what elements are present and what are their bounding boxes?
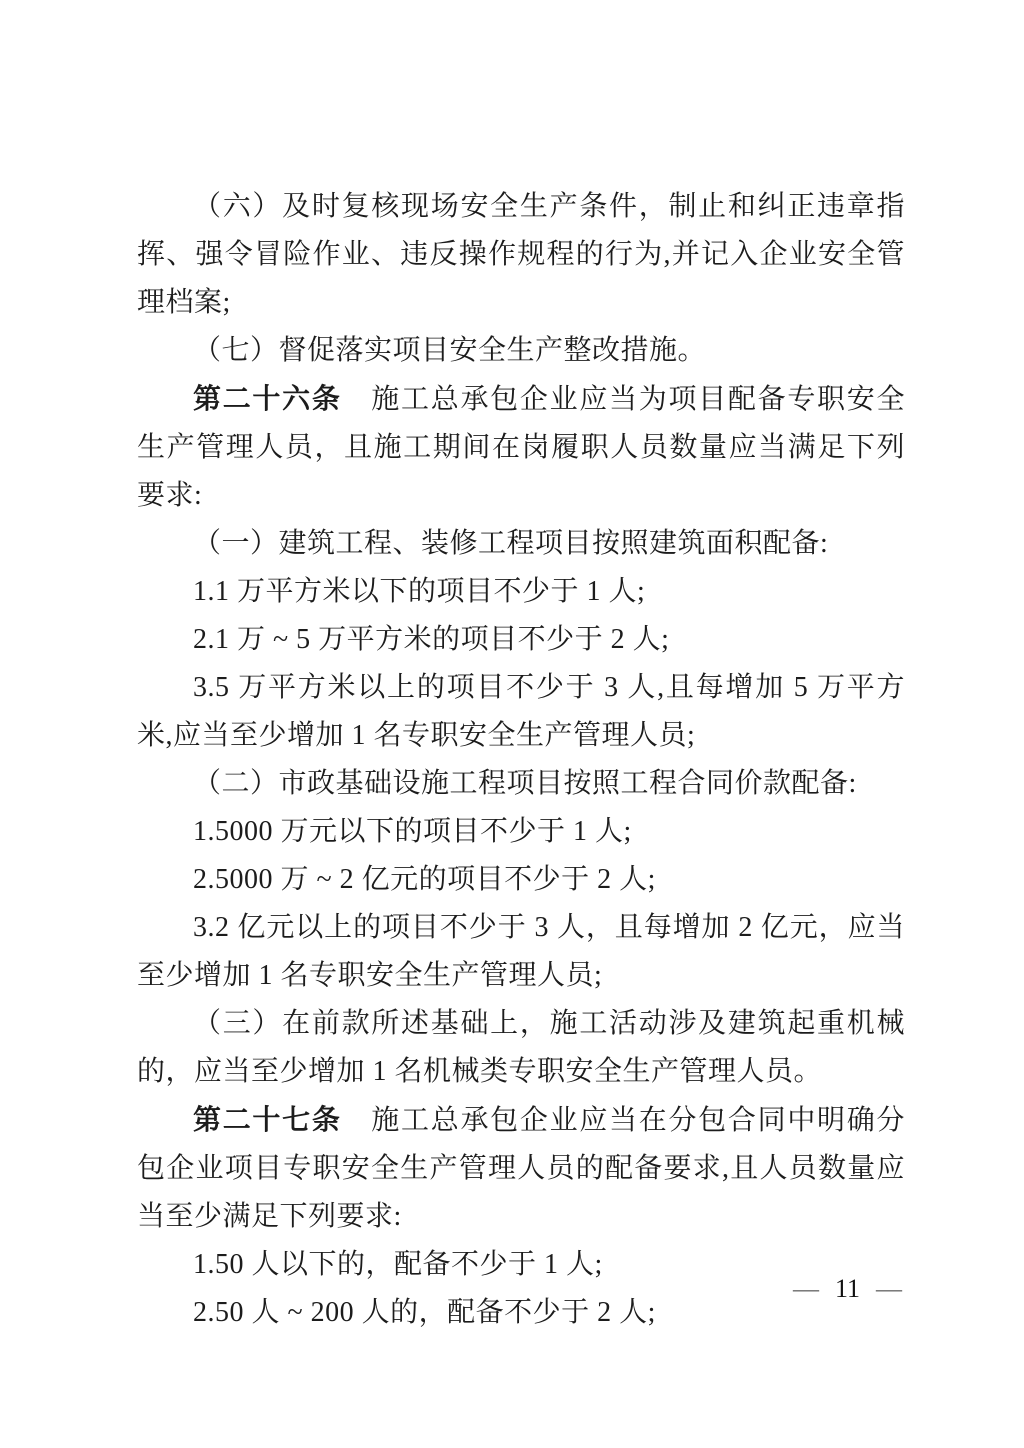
- paragraph: 1.1 万平方米以下的项目不少于 1 人;: [137, 568, 905, 616]
- page-footer: —11—: [793, 1272, 902, 1306]
- article-number: 第二十六条: [193, 383, 342, 414]
- paragraph: （三）在前款所述基础上，施工活动涉及建筑起重机械的，应当至少增加 1 名机械类专…: [137, 1000, 905, 1096]
- text-run: （七）督促落实项目安全生产整改措施。: [193, 335, 706, 366]
- text-run: 3.5 万平方米以上的项目不少于 3 人,且每增加 5 万平方米,应当至少增加 …: [137, 672, 905, 751]
- paragraph: 3.5 万平方米以上的项目不少于 3 人,且每增加 5 万平方米,应当至少增加 …: [137, 664, 905, 760]
- text-run: 2.5000 万 ~ 2 亿元的项目不少于 2 人;: [193, 864, 656, 895]
- text-run: 1.1 万平方米以下的项目不少于 1 人;: [193, 576, 645, 607]
- text-run: 2.50 人 ~ 200 人的，配备不少于 2 人;: [193, 1297, 656, 1328]
- paragraph: 1.50 人以下的，配备不少于 1 人;: [137, 1241, 905, 1289]
- paragraph: （一）建筑工程、装修工程项目按照建筑面积配备:: [137, 520, 905, 568]
- document-body: （六）及时复核现场安全生产条件，制止和纠正违章指挥、强令冒险作业、违反操作规程的…: [137, 183, 905, 1337]
- paragraph: （七）督促落实项目安全生产整改措施。: [137, 327, 905, 375]
- paragraph: 第二十六条 施工总承包企业应当为项目配备专职安全生产管理人员，且施工期间在岗履职…: [137, 375, 905, 520]
- paragraph: （二）市政基础设施工程项目按照工程合同价款配备:: [137, 760, 905, 808]
- paragraph: 2.5000 万 ~ 2 亿元的项目不少于 2 人;: [137, 856, 905, 904]
- footer-dash-right: —: [876, 1274, 902, 1303]
- paragraph: 1.5000 万元以下的项目不少于 1 人;: [137, 808, 905, 856]
- paragraph: （六）及时复核现场安全生产条件，制止和纠正违章指挥、强令冒险作业、违反操作规程的…: [137, 183, 905, 327]
- paragraph: 2.1 万 ~ 5 万平方米的项目不少于 2 人;: [137, 616, 905, 664]
- page-number: 11: [819, 1274, 876, 1303]
- footer-dash-left: —: [793, 1274, 819, 1303]
- text-run: 2.1 万 ~ 5 万平方米的项目不少于 2 人;: [193, 624, 669, 655]
- text-run: 1.50 人以下的，配备不少于 1 人;: [193, 1249, 603, 1280]
- text-run: 3.2 亿元以上的项目不少于 3 人，且每增加 2 亿元，应当至少增加 1 名专…: [137, 912, 905, 991]
- paragraph: 第二十七条 施工总承包企业应当在分包合同中明确分包企业项目专职安全生产管理人员的…: [137, 1096, 905, 1241]
- text-run: （一）建筑工程、装修工程项目按照建筑面积配备:: [193, 528, 828, 559]
- text-run: （三）在前款所述基础上，施工活动涉及建筑起重机械的，应当至少增加 1 名机械类专…: [137, 1008, 905, 1087]
- paragraph: 2.50 人 ~ 200 人的，配备不少于 2 人;: [137, 1289, 905, 1337]
- article-number: 第二十七条: [193, 1104, 342, 1135]
- text-run: （二）市政基础设施工程项目按照工程合同价款配备:: [193, 768, 857, 799]
- document-page: （六）及时复核现场安全生产条件，制止和纠正违章指挥、强令冒险作业、违反操作规程的…: [0, 0, 1024, 1448]
- text-run: （六）及时复核现场安全生产条件，制止和纠正违章指挥、强令冒险作业、违反操作规程的…: [137, 191, 905, 318]
- paragraph: 3.2 亿元以上的项目不少于 3 人，且每增加 2 亿元，应当至少增加 1 名专…: [137, 904, 905, 1000]
- text-run: 1.5000 万元以下的项目不少于 1 人;: [193, 816, 632, 847]
